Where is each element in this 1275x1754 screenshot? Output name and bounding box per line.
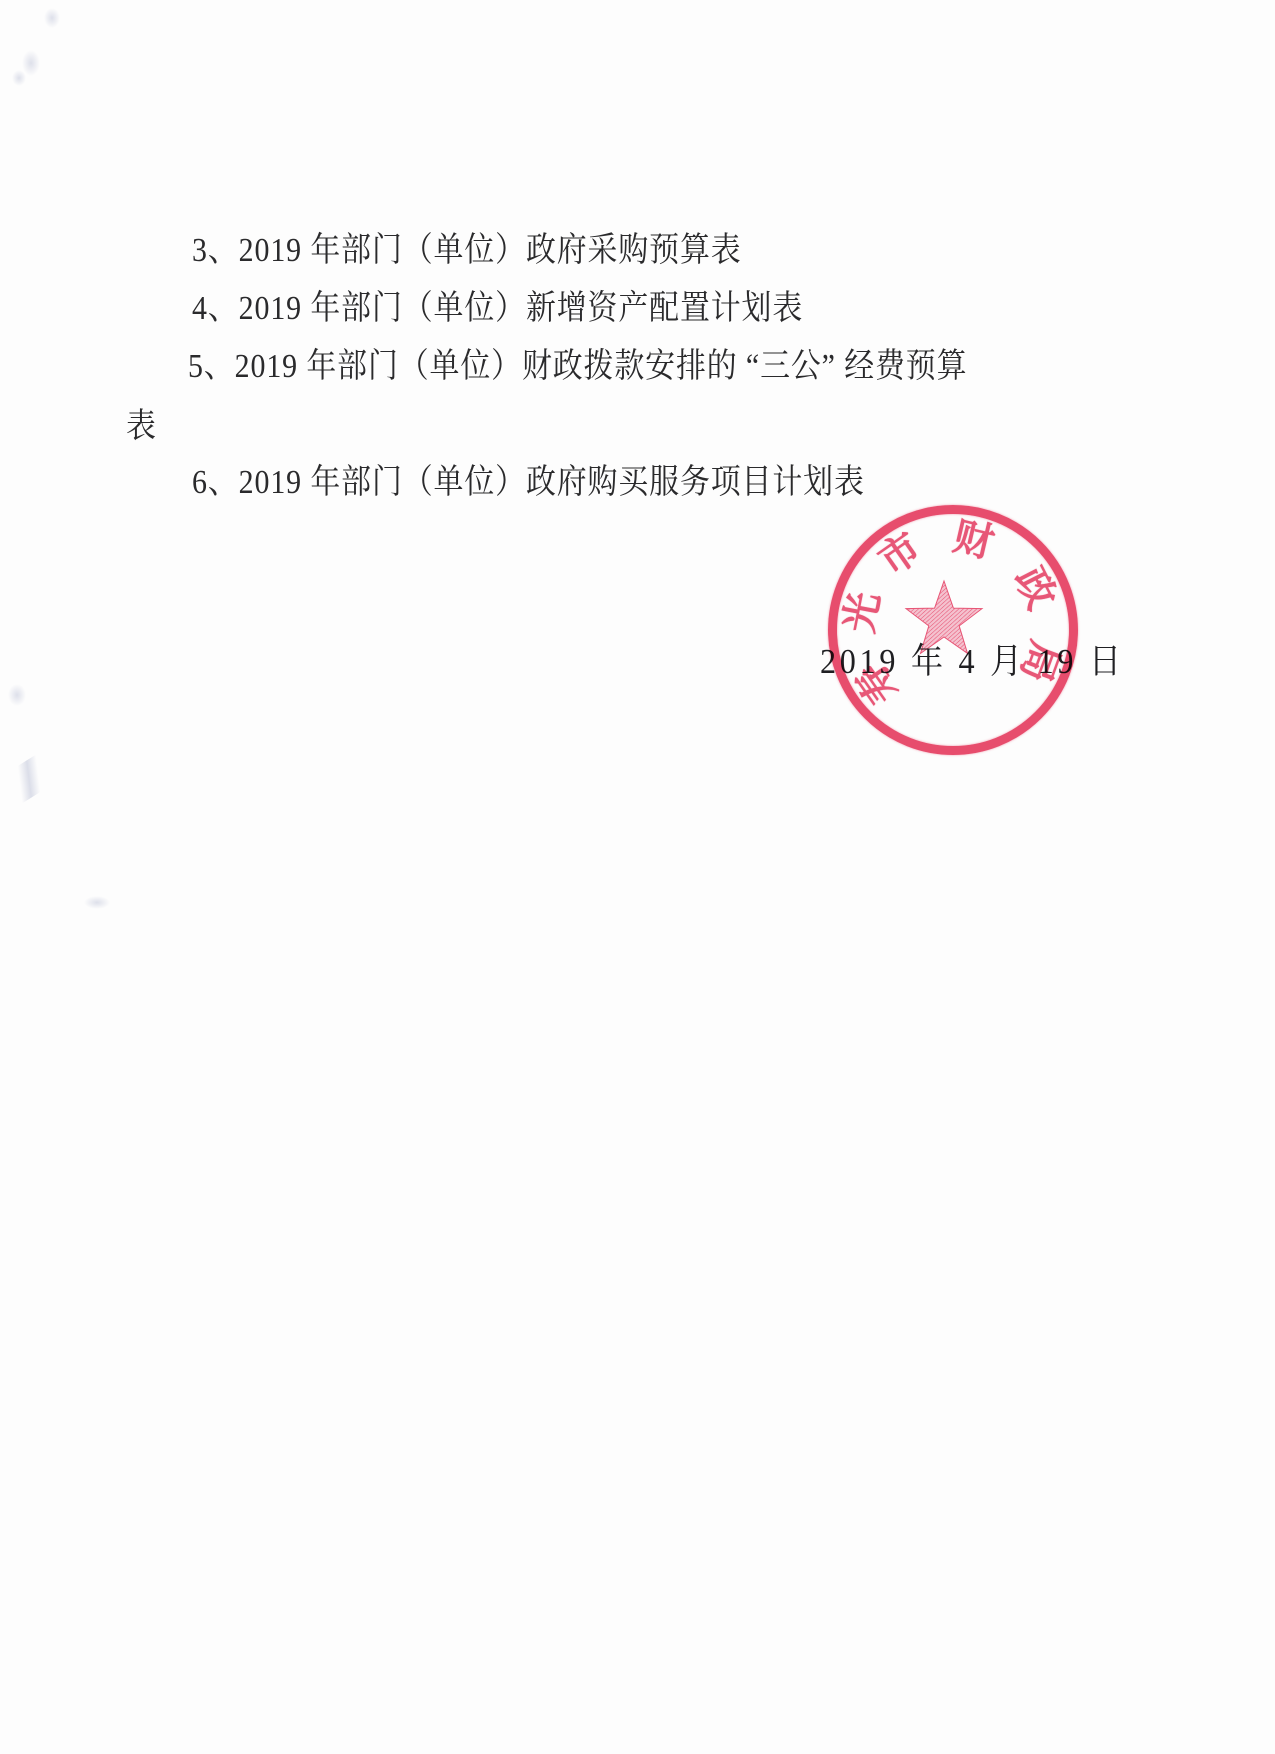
scan-artifact xyxy=(84,896,110,909)
list-item-4: 4、2019 年部门（单位）新增资产配置计划表 xyxy=(192,280,803,338)
scan-artifact xyxy=(22,50,40,76)
scan-artifact xyxy=(44,8,60,28)
list-item-5: 5、2019 年部门（单位）财政拨款安排的 “三公” 经费预算 xyxy=(188,338,967,396)
scanned-document-page: 3、2019 年部门（单位）政府采购预算表 4、2019 年部门（单位）新增资产… xyxy=(0,0,1275,1754)
list-item-5-continuation: 表 xyxy=(126,398,157,456)
scan-artifact xyxy=(4,755,54,804)
list-item-3: 3、2019 年部门（单位）政府采购预算表 xyxy=(192,222,742,280)
official-seal: 寿 光 市 财 政 局 xyxy=(828,505,1078,755)
scan-artifact xyxy=(8,684,26,706)
scan-artifact xyxy=(12,70,26,86)
red-star-icon xyxy=(902,579,986,663)
seal-char: 光 xyxy=(836,585,890,639)
list-item-6: 6、2019 年部门（单位）政府购买服务项目计划表 xyxy=(192,454,865,512)
